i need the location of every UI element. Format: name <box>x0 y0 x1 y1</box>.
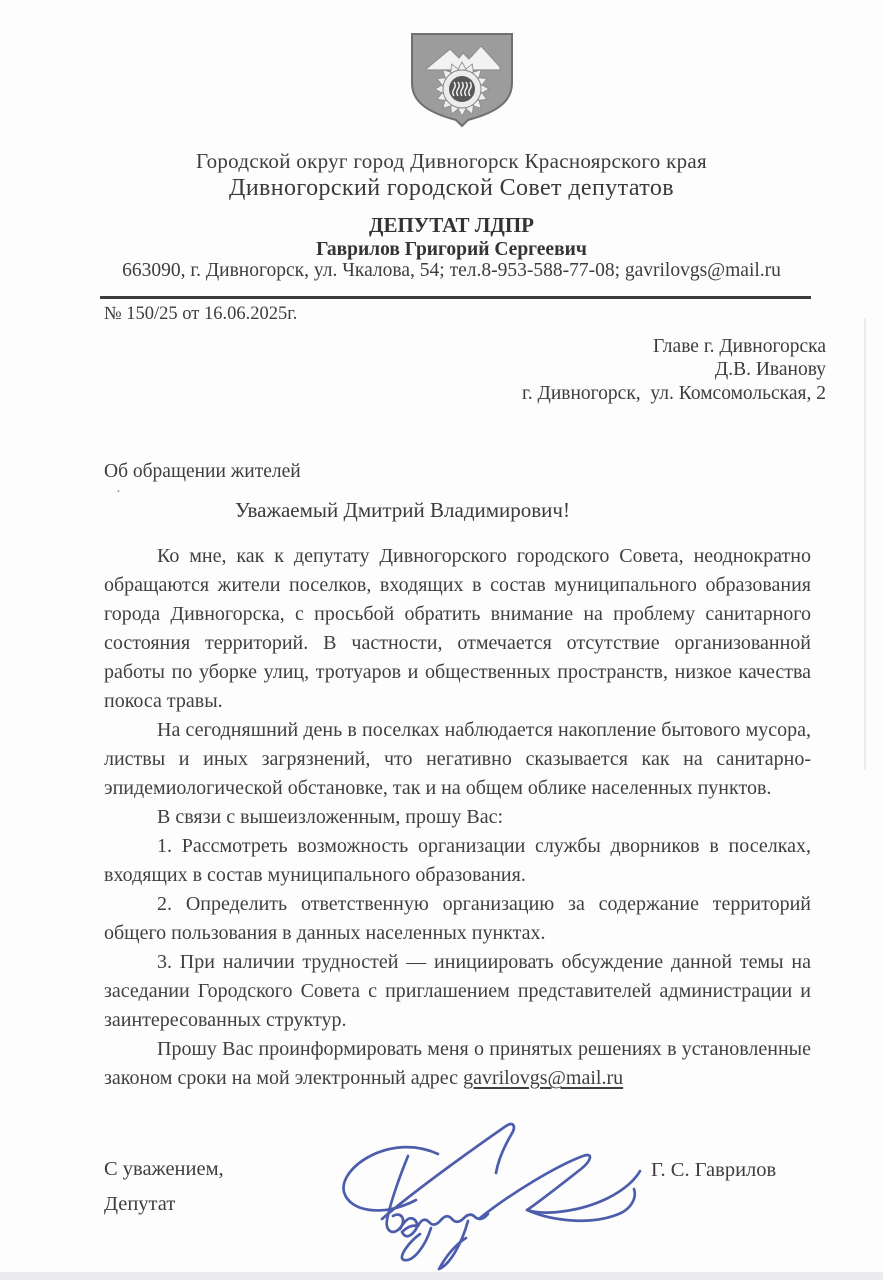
closing-request-text: Прошу Вас проинформировать меня о принят… <box>104 1038 811 1089</box>
addressee-block: Главе г. Дивногорска Д.В. Иванову г. Див… <box>420 335 826 405</box>
addressee-line: Главе г. Дивногорска <box>420 335 826 358</box>
list-item-2: 2. Определить ответственную организацию … <box>104 890 811 948</box>
deputy-name: Гаврилов Григорий Сергеевич <box>88 239 815 261</box>
list-item-3: 3. При наличии трудностей — инициировать… <box>104 948 811 1035</box>
greeting-line: Уважаемый Дмитрий Владимирович! <box>104 498 811 523</box>
closing-request-paragraph: Прошу Вас проинформировать меня о принят… <box>104 1035 811 1093</box>
page-edge-shadow <box>864 318 866 770</box>
deputy-title: ДЕПУТАТ ЛДПР <box>88 213 815 238</box>
org-name-line2: Дивногорский городской Совет депутатов <box>88 175 815 202</box>
list-item-1: 1. Рассмотреть возможность организации с… <box>104 832 811 890</box>
body-paragraph: В связи с вышеизложенным, прошу Вас: <box>104 803 811 832</box>
letterhead-divider <box>100 296 811 299</box>
gear-sun-icon <box>435 62 489 116</box>
email-address: gavrilovgs@mail.ru <box>463 1067 623 1089</box>
subject-line: Об обращении жителей <box>104 461 301 483</box>
reference-number-line: № 150/25 от 16.06.2025г. <box>104 304 297 325</box>
valediction: С уважением, <box>104 1158 224 1181</box>
body-paragraph: На сегодняшний день в поселках наблюдает… <box>104 716 811 803</box>
contact-line: 663090, г. Дивногорск, ул. Чкалова, 54; … <box>88 260 815 282</box>
addressee-line: г. Дивногорск, ул. Комсомольская, 2 <box>420 382 826 405</box>
addressee-line: Д.В. Иванову <box>420 358 826 381</box>
coat-of-arms-icon <box>406 31 518 129</box>
signer-position: Депутат <box>104 1193 175 1216</box>
handwritten-signature <box>330 1116 660 1274</box>
scanned-letter-page: Городской округ город Дивногорск Красноя… <box>0 0 883 1280</box>
signer-name: Г. С. Гаврилов <box>651 1159 776 1182</box>
org-name-line1: Городской округ город Дивногорск Красноя… <box>88 149 815 174</box>
letter-body: Ко мне, как к депутату Дивногорского гор… <box>104 542 811 1093</box>
scan-bottom-strip <box>0 1272 883 1280</box>
body-paragraph: Ко мне, как к депутату Дивногорского гор… <box>104 542 811 716</box>
